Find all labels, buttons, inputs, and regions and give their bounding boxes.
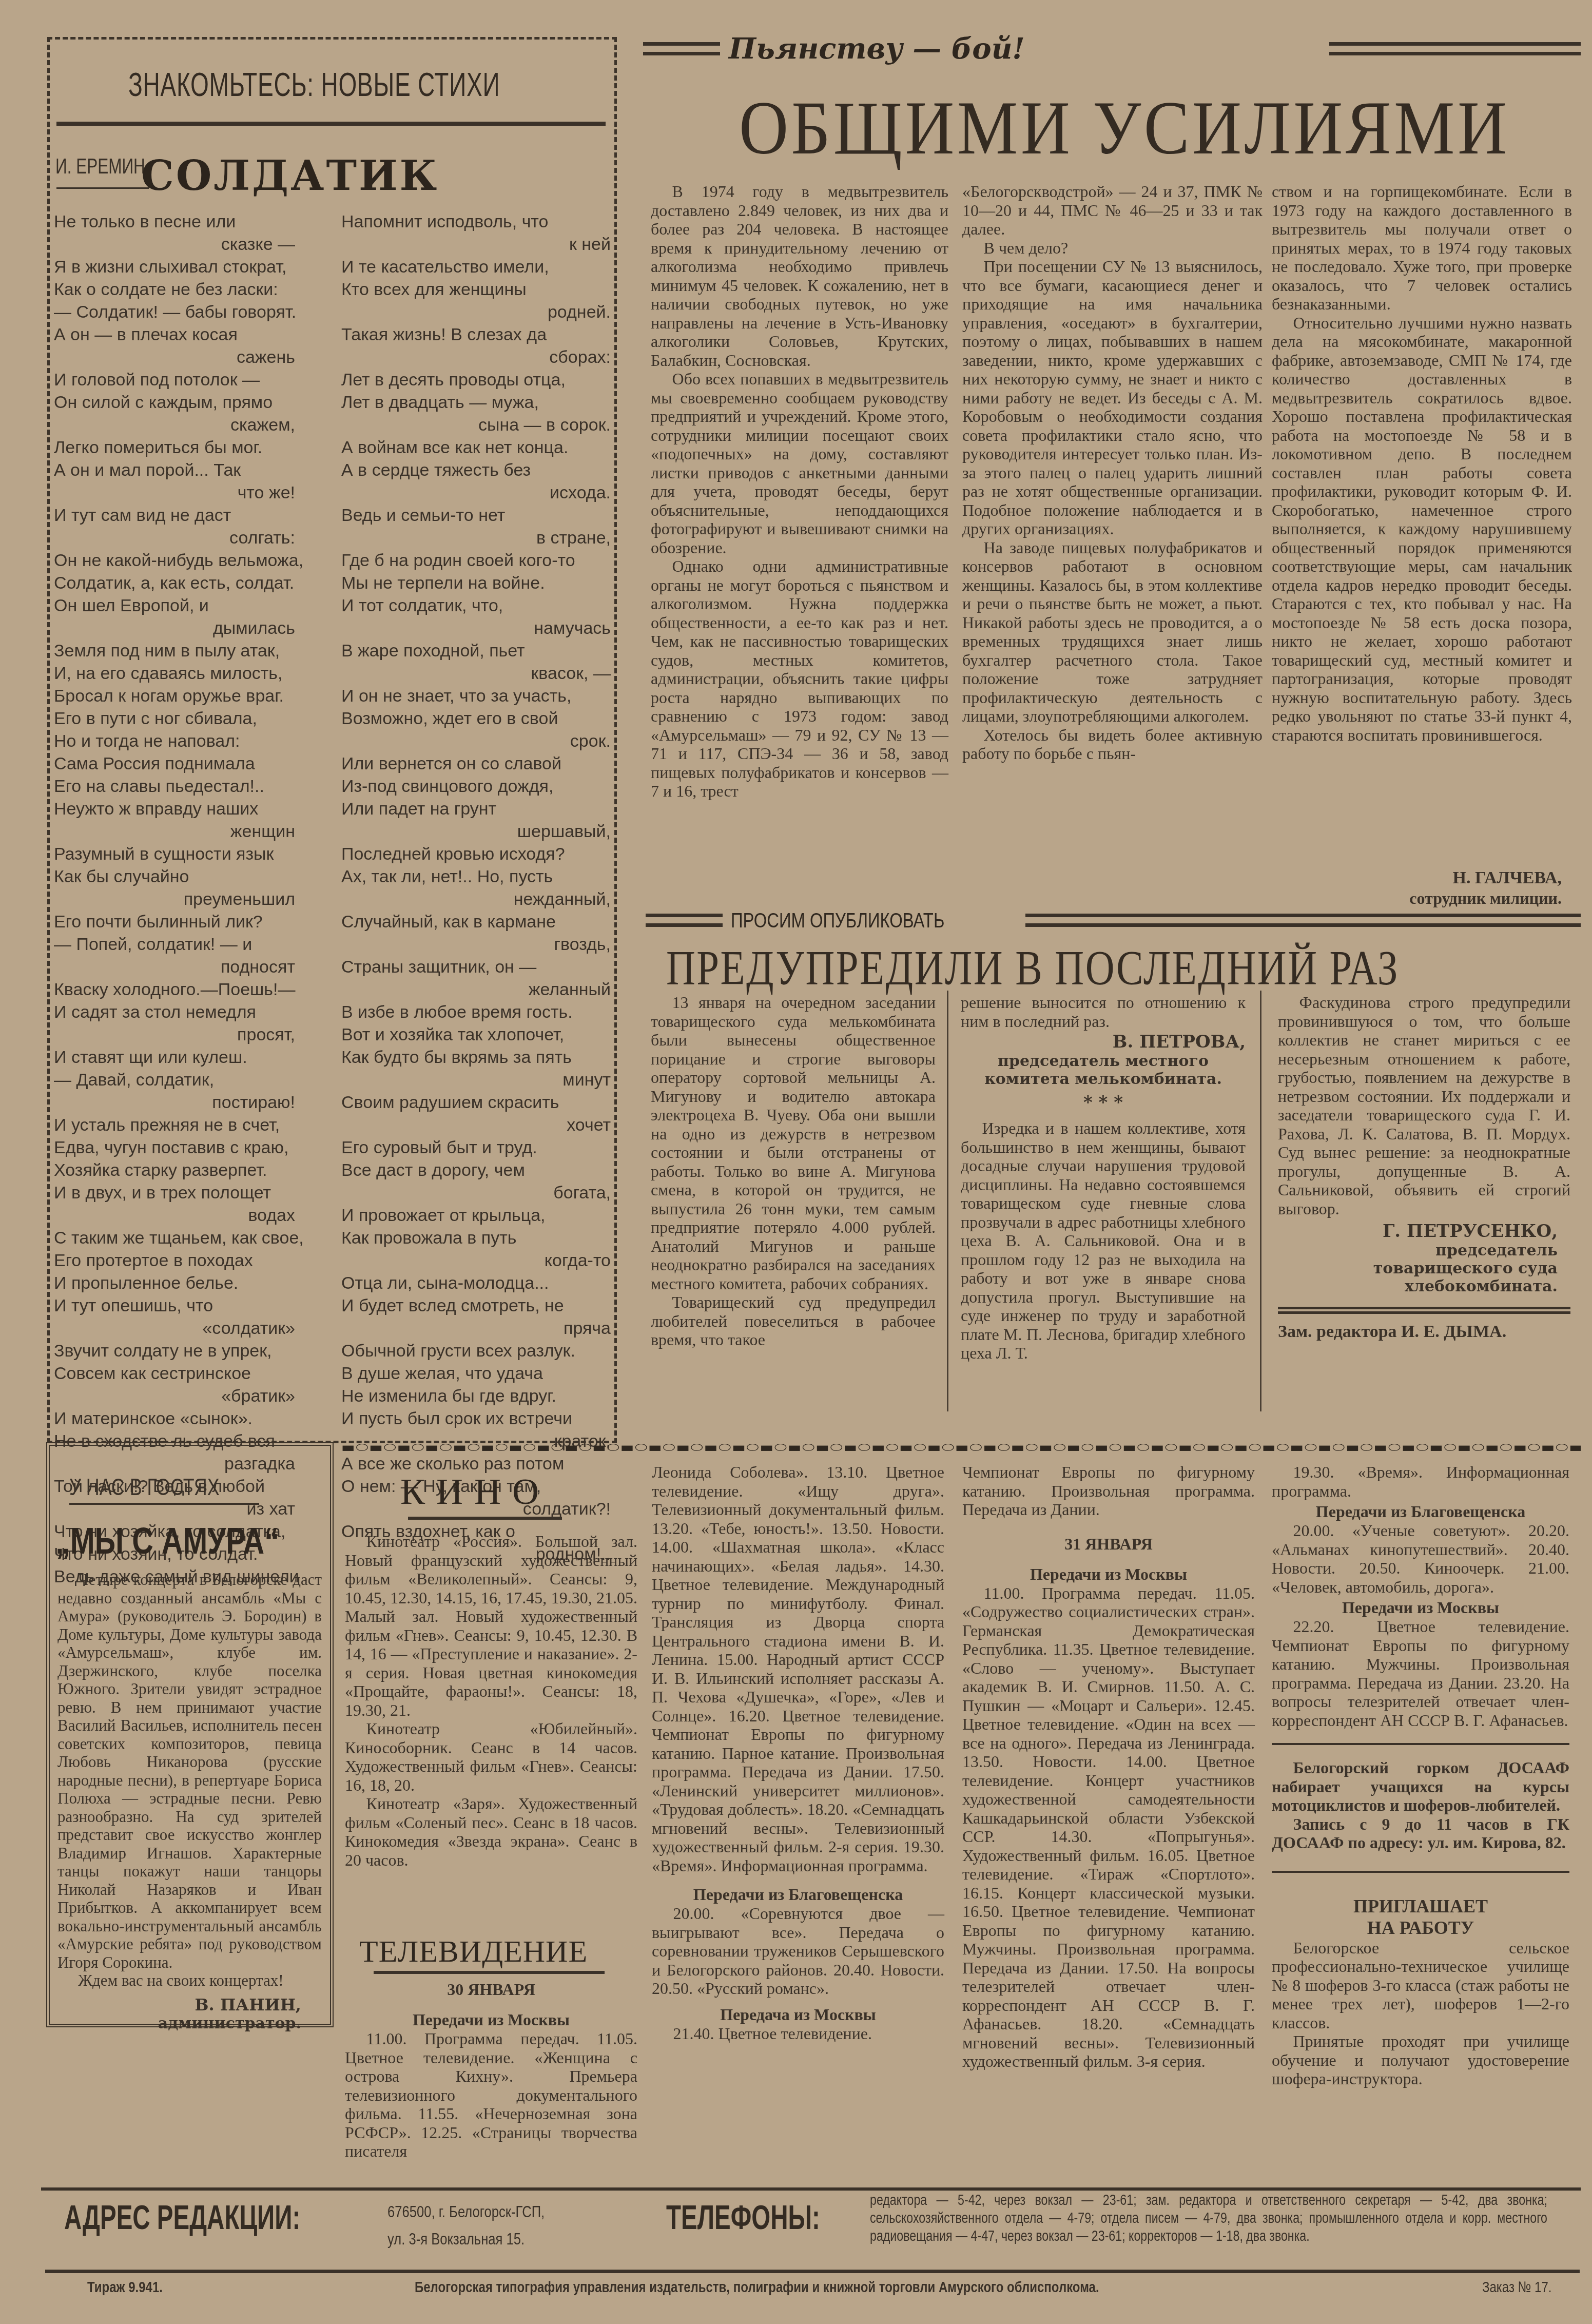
poem-line: Как будто бы вкрямь за пять [341,1046,611,1069]
footer-order: Заказ № 17. [1482,2279,1551,2296]
poem-line: Ах, так ли, нет!.. Но, пусть [341,865,611,888]
poem-line: Последней кровью исходя? [341,843,611,865]
article-paragraph: В 1974 году в медвытрезвитель доставлено… [651,182,948,370]
tv-day-2: 31 ЯНВАРЯ [962,1535,1255,1554]
rubric-rule-left [643,42,720,55]
poem-line: гвоздь, [341,933,611,956]
poem-line: шершавый, [341,820,611,843]
tv-col4-lead: 19.30. «Время». Информационная программа… [1272,1463,1569,1500]
poem-line: — Давай, солдатик, [54,1069,295,1091]
poem-line: богата, [341,1182,611,1204]
guests-signature-role: администратор. [57,2015,322,2032]
poem-line: Возможно, ждет его в свой [341,707,611,730]
footer-bottom-rule [45,2270,1580,2273]
poem-line: Его протертое в походах [54,1249,295,1272]
footer-phones-label: ТЕЛЕФОНЫ: [666,2198,820,2237]
poem-line: И провожает от крыльца, [341,1204,611,1227]
poem-line: Неужто ж вправду наших [54,798,295,820]
tv-rule [374,1971,605,1974]
tv-title: ТЕЛЕВИДЕНИЕ [359,1934,588,1969]
article-paragraph: 13 января на очередном заседании товарищ… [651,993,936,1293]
tv-col-4: 19.30. «Время». Информационная программа… [1272,1463,1569,2088]
poem-line: Лет в десять проводы отца, [341,369,611,391]
poem-line: Его на славы пьедестал!.. [54,775,295,798]
footer-address-label: АДРЕС РЕДАКЦИИ: [64,2198,300,2237]
guests-kicker-rule [69,1503,259,1505]
guests-paragraph: Четыре концерта в Белогорске даст недавн… [57,1571,322,1971]
poem-line: Напомнит исподволь, что [341,210,611,233]
deputy-rule [1278,1307,1570,1314]
poem-line: сборах: [341,346,611,369]
poem-kicker-rule [56,122,606,126]
warning-sig1-role: председатель местного комитета мелькомби… [961,1052,1246,1088]
poem-line: квасок, — [341,662,611,685]
poem-column-1: Не только в песне илисказке —Я в жизни с… [54,210,295,1588]
poem-line: женщин [54,820,295,843]
poem-line: И он не знает, что за участь, [341,685,611,707]
poem-line: Он шел Европой, и [54,594,295,617]
poem-line: Совсем как сестринское [54,1362,295,1385]
poem-line: солгать: [54,527,295,549]
tv-col2-blag-heading: Передачи из Благовещенска [652,1885,944,1904]
rubric-rule-right-2 [1025,914,1581,927]
poem-line: «солдатик» [54,1317,295,1340]
poem-line: хочет [341,1114,611,1136]
cinema-listing: Кинотеатр «Россия». Большой зал. Новый ф… [345,1532,637,1719]
poem-line: И пропыленное белье. [54,1272,295,1294]
article-paragraph: ством и на горпищекомбинате. Если в 1973… [1272,182,1572,314]
poem-line: — Солдатик! — бабы говорят. [54,301,295,323]
poem-line: И в двух, и в трех полощет [54,1182,295,1204]
rubric-rule-right [1329,42,1581,55]
poem-line: И усталь прежняя не в счет, [54,1114,295,1136]
tv-day1-moscow: 11.00. Программа передач. 11.05. Цветное… [345,2029,637,2161]
guests-paragraph: Ждем вас на своих концертах! [57,1971,322,1990]
article-paragraph: Хотелось бы видеть более активную работу… [962,726,1263,763]
poem-line: нежданный, [341,888,611,911]
tv-col2-moscow: 21.40. Цветное телевидение. [652,2024,944,2043]
poem-line: Но и тогда не наповал: [54,730,295,752]
dosaaf-paragraph: Запись с 9 до 11 часов в ГК ДОСААФ по ад… [1272,1815,1569,1852]
poem-line: Солдатик, а, как есть, солдат. [54,572,295,594]
poem-line: И те касательство имели, [341,256,611,278]
poem-line: И садят за стол немедля [54,1001,295,1023]
poem-line: И, на его сдаваясь милость, [54,662,295,685]
poem-line: Бросал к ногам оружье враг. [54,685,295,707]
article-paragraph: «Белогорскводстрой» — 24 и 37, ПМК № 10—… [962,182,1263,239]
footer-phones-text: редактора — 5-42, через вокзал — 23-61; … [870,2192,1547,2245]
tv-day2-moscow: 11.00. Программа передач. 11.05. «Содруж… [962,1584,1255,2071]
column-divider [1260,991,1261,1411]
poem-line: сказке — [54,233,295,256]
column-divider [947,991,948,1411]
poem-line: А войнам все как нет конца. [341,436,611,459]
cinema-listing: Кинотеатр «Заря». Художественный фильм «… [345,1794,637,1869]
poem-line: И тот солдатик, что, [341,594,611,617]
article-paragraph: В чем дело? [962,239,1263,258]
poem-line: сажень [54,346,295,369]
temperance-signature: Н. ГАЛЧЕВА, [1272,868,1562,888]
poem-line: Его в пути с ног сбивала, [54,707,295,730]
poem-line: Такая жизнь! В слезах да [341,323,611,346]
article-paragraph: На заводе пищевых полуфабрикатов и консе… [962,538,1263,726]
tv-col-2: Леонида Соболева». 13.10. Цветное телеви… [652,1463,944,2043]
jobs-rule [1272,1871,1569,1873]
poem-line: Где б на родин своей кого-то [341,549,611,572]
tv-day1-moscow-heading: Передачи из Москвы [345,2010,637,2029]
poem-line: водах [54,1204,295,1227]
temperance-signature-role: сотрудник милиции. [1272,889,1562,908]
poem-line: скажем, [54,414,295,436]
poem-line: И ставят щи или кулеш. [54,1046,295,1069]
poem-line: Я в жизни слыхивал стократ, [54,256,295,278]
tv-col-3: Чемпионат Европы по фигурному катанию. П… [962,1463,1255,2071]
cinema-rule [408,1517,562,1520]
tv-col4-moscow: 22.20. Цветное телевидение. Чемпионат Ев… [1272,1617,1569,1730]
guests-title: „МЫ С АМУРА“ [55,1520,279,1562]
cinema-listing: Кинотеатр «Юбилейный». Кинособорник. Сеа… [345,1719,637,1794]
poem-line: В жаре походной, пьет [341,640,611,662]
poem-line: Как о солдате не без ласки: [54,278,295,301]
poem-line: преуменьшил [54,888,295,911]
poem-line: Из-под свинцового дождя, [341,775,611,798]
poem-line: Страны защитник, он — [341,956,611,978]
article-paragraph: Фаскудинова строго предупредили провинив… [1278,993,1570,1218]
poem-line: Его почти былинный лик? [54,911,295,933]
poem-line: намучась [341,617,611,640]
poem-line: дымилась [54,617,295,640]
poem-column-2: Напомнит исподволь, чток нейИ те касател… [341,210,611,1565]
tv-col4-blag: 20.00. «Ученые советуют». 20.20. «Альман… [1272,1521,1569,1596]
poem-line: И будет вслед смотреть, не [341,1294,611,1317]
tv-col4-blag-heading: Передачи из Благовещенска [1272,1502,1569,1521]
warning-sig2-role: председатель товарищеского суда хлебоком… [1278,1242,1570,1295]
poem-line: А в сердце тяжесть без [341,459,611,481]
poem-line: Звучит солдату не в упрек, [54,1340,295,1362]
temperance-col-3: ством и на горпищекомбинате. Если в 1973… [1272,182,1572,744]
article-paragraph: Обо всех попавших в медвытрезвитель мы с… [651,370,948,557]
footer-circulation: Тираж 9.941. [87,2279,163,2296]
poem-line: И материнское «сынок». [54,1407,295,1430]
poem-line: Он не какой-нибудь вельможа, [54,549,295,572]
poem-line: просят, [54,1023,295,1046]
poem-line: в стране, [341,527,611,549]
warning-sig1-name: В. ПЕТРОВА, [961,1032,1246,1052]
poem-line: И тут сам вид не даст [54,504,295,527]
poem-line: Легко помериться бы мог. [54,436,295,459]
footer-address-line-1: 676500, г. Белогорск-ГСП, [387,2203,545,2220]
poem-line: Не только в песне или [54,210,295,233]
poem-line: Земля под ним в пылу атак, [54,640,295,662]
rubric-temperance: Пьянству — бой! [729,32,1025,66]
poem-line: Обычной грусти всех разлук. [341,1340,611,1362]
footer-top-rule [41,2187,1581,2191]
poem-kicker: ЗНАКОМЬТЕСЬ: НОВЫЕ СТИХИ [128,66,500,104]
tv-col2-moscow-heading: Передача из Москвы [652,2005,944,2024]
poem-line: Кваску холодного.—Поешь!— [54,978,295,1001]
poem-line: И головой под потолок — [54,369,295,391]
article-paragraph: Относительно лучшими нужно назвать дела … [1272,314,1572,745]
poem-line: Не изменила бы где вдруг. [341,1385,611,1407]
jobs-paragraph: Белогорское сельское профессионально-тех… [1272,1939,1569,2032]
footer-address-line-2: ул. 3-я Вокзальная 15. [387,2230,525,2248]
rubric-publish: ПРОСИМ ОПУБЛИКОВАТЬ [731,909,944,933]
poem-line: Своим радушием скрасить [341,1091,611,1114]
tv-col2-text: Леонида Соболева». 13.10. Цветное телеви… [652,1463,944,1875]
jobs-paragraph: Принятые проходят при училище обучение и… [1272,2032,1569,2088]
poem-line: Мы не терпели на войне. [341,572,611,594]
poem-line: исхода. [341,481,611,504]
poem-line: минут [341,1069,611,1091]
poem-line: А он — в плечах косая [54,323,295,346]
poem-line: Как провожала в путь [341,1227,611,1249]
warning-headline: ПРЕДУПРЕДИЛИ В ПОСЛЕДНИЙ РАЗ [666,939,1399,996]
poem-line: Случайный, как в кармане [341,911,611,933]
poem-line: срок. [341,730,611,752]
tv-col-1: 30 ЯНВАРЯ Передачи из Москвы 11.00. Прог… [345,1980,637,2161]
stars-separator: * * * [961,1092,1246,1113]
poem-line: постираю! [54,1091,295,1114]
poem-line: Все даст в дорогу, чем [341,1159,611,1182]
poem-line: Или вернется он со славой [341,752,611,775]
poem-line: родней. [341,301,611,323]
poem-author-rule [56,187,149,189]
dosaaf-paragraph: Белогорский горком ДОСААФ набирает учащи… [1272,1758,1569,1815]
poem-line: С таким же тщаньем, как свое, [54,1227,295,1249]
poem-line: «братик» [54,1385,295,1407]
poem-title: СОЛДАТИК [141,151,439,200]
guests-kicker: У НАС В ГОСТЯХ [69,1473,220,1501]
poem-line: Сама Россия поднимала [54,752,295,775]
dosaaf-rule [1272,1743,1569,1745]
rubric-rule-left-2 [646,914,723,927]
poem-line: Ведь и семьи-то нет [341,504,611,527]
temperance-col-1: В 1974 году в медвытрезвитель доставлено… [651,182,948,801]
article-paragraph: Однако одни административные органы не м… [651,557,948,801]
poem-line: И тут опешишь, что [54,1294,295,1317]
cinema-body: Кинотеатр «Россия». Большой зал. Новый ф… [345,1532,637,1869]
poem-line: Едва, чугун поставив с краю, [54,1136,295,1159]
warning-sig2-name: Г. ПЕТРУСЕНКО, [1278,1221,1570,1242]
tv-col4-moscow-heading: Передачи из Москвы [1272,1598,1569,1617]
guests-body: Четыре концерта в Белогорске даст недавн… [57,1571,322,2032]
tv-day2-moscow-heading: Передачи из Москвы [962,1565,1255,1584]
poem-line: Вот и хозяйка так хлопочет, [341,1023,611,1046]
tv-day-1: 30 ЯНВАРЯ [345,1980,637,1999]
poem-line: когда-то [341,1249,611,1272]
poem-line: Или падет на грунт [341,798,611,820]
warning-col-2: решение выносится по отношению к ним в п… [961,993,1246,1363]
article-paragraph: Товарищеский суд предупредил любителей п… [651,1293,936,1349]
poem-line: Его суровый быт и труд. [341,1136,611,1159]
poem-line: подносят [54,956,295,978]
jobs-title-1: ПРИГЛАШАЕТ [1272,1895,1569,1917]
warning-col-1: 13 января на очередном заседании товарищ… [651,993,936,1349]
article-paragraph: Изредка и в нашем коллективе, хотя больш… [961,1119,1246,1363]
tv-col3-lead: Чемпионат Европы по фигурному катанию. П… [962,1463,1255,1519]
article-paragraph: При посещении СУ № 13 выяснилось, что вс… [962,257,1263,538]
poem-line: В душе желая, что удача [341,1362,611,1385]
ornament-border: ▬⬭▬⬭▬⬭▬⬭▬⬭▬⬭▬⬭▬⬭▬⬭▬⬭▬⬭▬⬭▬⬭▬⬭▬⬭▬⬭▬⬭▬⬭▬⬭▬⬭… [341,1439,1581,1454]
cinema-title: КИНО [400,1470,550,1513]
warning-col-2-lead: решение выносится по отношению к ним в п… [961,993,1246,1031]
poem-line: Кто всех для женщины [341,278,611,301]
poem-line: Разумный в сущности язык [54,843,295,865]
poem-line: Лет в двадцать — мужа, [341,391,611,414]
poem-line: Хозяйка старку разверпет. [54,1159,295,1182]
jobs-title-2: НА РАБОТУ [1272,1917,1569,1939]
poem-line: к ней [341,233,611,256]
warning-col-3: Фаскудинова строго предупредили провинив… [1278,993,1570,1342]
poem-line: Как бы случайно [54,865,295,888]
guests-signature: В. ПАНИН, [57,1995,322,2015]
poem-line: Он силой с каждым, прямо [54,391,295,414]
poem-line: Отца ли, сына-молодца... [341,1272,611,1294]
poem-line: В избе в любое время гость. [341,1001,611,1023]
tv-col2-blag: 20.00. «Соревнуются двое — выигрывают вс… [652,1904,944,1998]
poem-line: А он и мал порой... Так [54,459,295,481]
poem-line: сына — в сорок. [341,414,611,436]
poem-line: — Попей, солдатик! — и [54,933,295,956]
footer-printer: Белогорская типография управления издате… [415,2279,1099,2296]
poem-author: И. ЕРЕМИН [55,154,145,179]
poem-line: желанный [341,978,611,1001]
poem-line: что же! [54,481,295,504]
deputy-editor: Зам. редактора И. Е. ДЫМА. [1278,1322,1570,1342]
temperance-headline: ОБЩИМИ УСИЛИЯМИ [739,85,1510,172]
temperance-col-2: «Белогорскводстрой» — 24 и 37, ПМК № 10—… [962,182,1263,763]
poem-line: И пусть был срок их встречи [341,1407,611,1430]
poem-line: пряча [341,1317,611,1340]
